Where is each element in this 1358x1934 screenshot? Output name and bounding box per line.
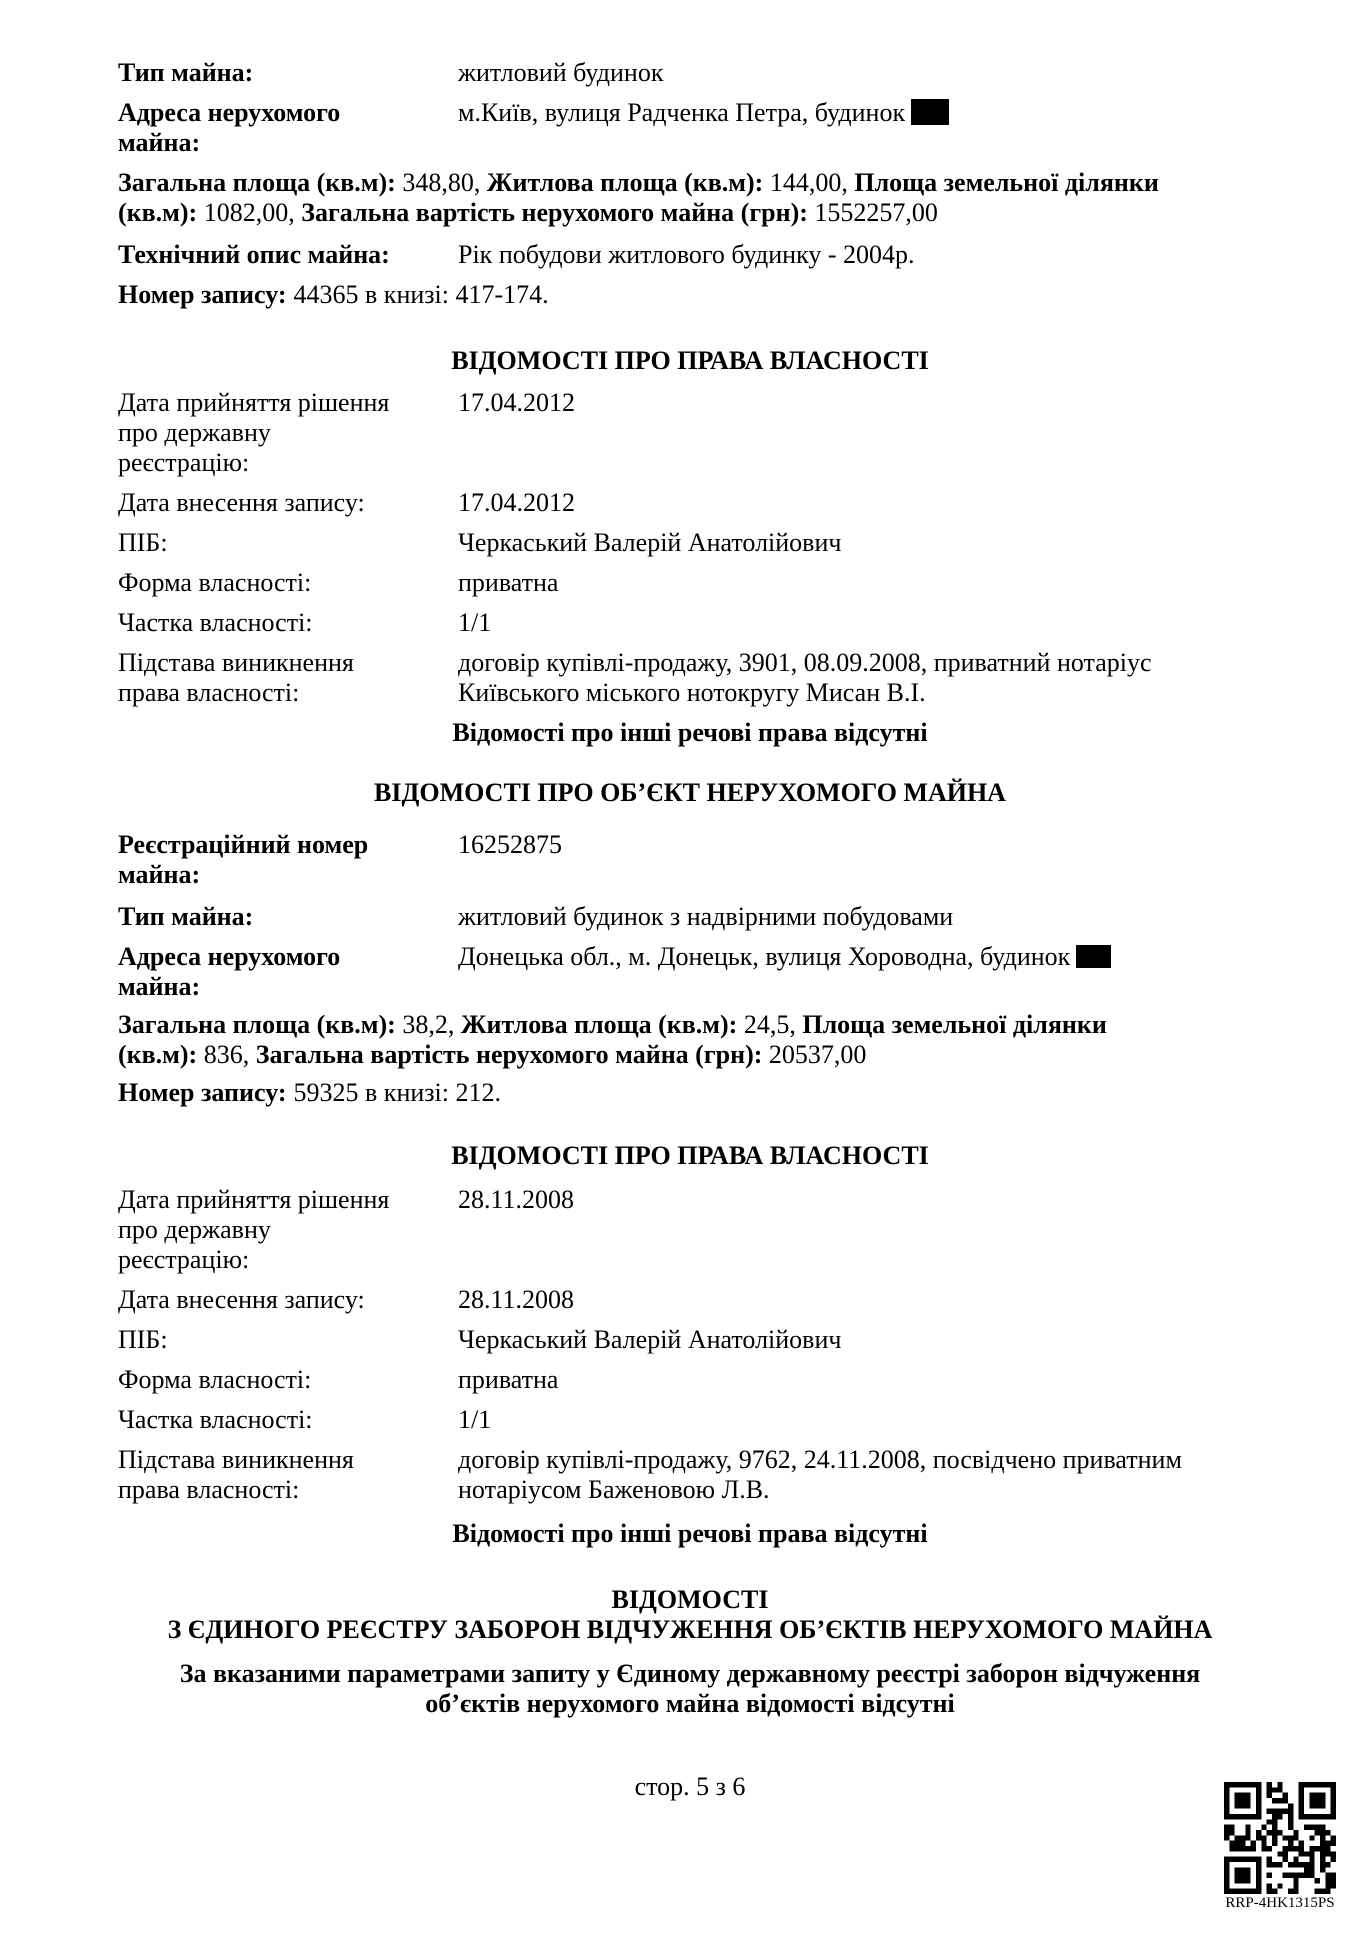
address-text-1: м.Київ, вулиця Радченка Петра, будинок: [458, 98, 905, 127]
qr-label: RRP-4HK1315PS: [1212, 1894, 1348, 1912]
field-value-share-2: 1/1: [458, 1405, 1262, 1435]
field-label-form-2: Форма власності:: [118, 1365, 418, 1395]
area-field-label: Загальна площа (кв.м):: [118, 1010, 396, 1039]
field-label-share-1: Частка власності:: [118, 608, 418, 638]
area-field-label: Житлова площа (кв.м):: [461, 1010, 738, 1039]
field-value-address-1: м.Київ, вулиця Радченка Петра, будинок: [458, 98, 1262, 158]
field-label-basis-2: Підстава виникнення права власності:: [118, 1445, 418, 1505]
field-label-name-2: ПІБ:: [118, 1325, 418, 1355]
field-value-type-2: житловий будинок з надвірними побудовами: [458, 902, 1262, 932]
page-number: стор. 5 з 6: [118, 1772, 1262, 1802]
heading-rights-1: ВІДОМОСТІ ПРО ПРАВА ВЛАСНОСТІ: [118, 346, 1262, 376]
field-value-form-1: приватна: [458, 568, 1262, 598]
area-field-value: 20537,00: [762, 1040, 866, 1069]
record-number-1: Номер запису:44365 в книзі: 417-174.: [118, 280, 1262, 310]
field-label-decision-date-2: Дата прийняття рішення про державну реєс…: [118, 1185, 418, 1275]
field-value-decision-date-1: 17.04.2012: [458, 388, 1262, 478]
field-label-entry-date-2: Дата внесення запису:: [118, 1285, 418, 1315]
field-label-tech-1: Технічний опис майна:: [118, 240, 418, 270]
field-value-address-2: Донецька обл., м. Донецьк, вулиця Хорово…: [458, 942, 1262, 1002]
record-value-1: 44365 в книзі: 417-174.: [294, 280, 549, 309]
field-row-tech-1: Технічний опис майна: Рік побудови житло…: [118, 240, 1262, 270]
field-row-entry-date-1: Дата внесення запису: 17.04.2012: [118, 488, 1262, 518]
redaction-box-1: [911, 99, 949, 125]
field-label-basis-1: Підстава виникнення права власності:: [118, 648, 418, 708]
qr-code: [1224, 1782, 1336, 1894]
field-row-share-2: Частка власності: 1/1: [118, 1405, 1262, 1435]
heading-prohibitions: ВІДОМОСТІ З ЄДИНОГО РЕЄСТРУ ЗАБОРОН ВІДЧ…: [118, 1585, 1262, 1645]
field-label-regnumber-2: Реєстраційний номер майна:: [118, 830, 418, 890]
field-value-entry-date-2: 28.11.2008: [458, 1285, 1262, 1315]
field-row-regnumber-2: Реєстраційний номер майна: 16252875: [118, 830, 1262, 890]
record-number-2: Номер запису:59325 в книзі: 212.: [118, 1078, 1262, 1108]
heading-rights-2: ВІДОМОСТІ ПРО ПРАВА ВЛАСНОСТІ: [118, 1141, 1262, 1171]
field-value-decision-date-2: 28.11.2008: [458, 1185, 1262, 1275]
address-text-2: Донецька обл., м. Донецьк, вулиця Хорово…: [458, 942, 1070, 971]
area-field-value: 24,5,: [737, 1010, 802, 1039]
field-value-regnumber-2: 16252875: [458, 830, 1262, 890]
field-label-type-1: Тип майна:: [118, 58, 418, 88]
field-label-name-1: ПІБ:: [118, 528, 418, 558]
document-page: Тип майна: житловий будинок Адреса нерух…: [0, 0, 1358, 1934]
field-row-type-2: Тип майна: житловий будинок з надвірними…: [118, 902, 1262, 932]
area-field-value: 144,00,: [763, 168, 854, 197]
heading-prohibitions-line1: ВІДОМОСТІ: [118, 1585, 1262, 1615]
heading-prohibitions-line2: З ЄДИНОГО РЕЄСТРУ ЗАБОРОН ВІДЧУЖЕННЯ ОБ’…: [118, 1615, 1262, 1645]
area-field-value: 1552257,00: [808, 198, 938, 227]
prohibitions-result-text: За вказаними параметрами запиту у Єдином…: [118, 1659, 1262, 1719]
area-field-label: Житлова площа (кв.м):: [487, 168, 764, 197]
record-value-2: 59325 в книзі: 212.: [294, 1078, 501, 1107]
record-label-1: Номер запису:: [118, 280, 287, 309]
field-row-address-1: Адреса нерухомого майна: м.Київ, вулиця …: [118, 98, 1262, 158]
field-value-type-1: житловий будинок: [458, 58, 1262, 88]
area-field-value: 1082,00,: [197, 198, 301, 227]
no-other-rights-1: Відомості про інші речові права відсутні: [118, 718, 1262, 748]
heading-object-2: ВІДОМОСТІ ПРО ОБ’ЄКТ НЕРУХОМОГО МАЙНА: [118, 778, 1262, 808]
field-row-type-1: Тип майна: житловий будинок: [118, 58, 1262, 88]
field-row-decision-date-2: Дата прийняття рішення про державну реєс…: [118, 1185, 1262, 1275]
field-row-form-2: Форма власності: приватна: [118, 1365, 1262, 1395]
field-row-basis-1: Підстава виникнення права власності: дог…: [118, 648, 1262, 708]
field-row-name-1: ПІБ: Черкаський Валерій Анатолійович: [118, 528, 1262, 558]
area-field-value: 348,80,: [396, 168, 487, 197]
field-label-share-2: Частка власності:: [118, 1405, 418, 1435]
area-summary-2: Загальна площа (кв.м): 38,2, Житлова пло…: [118, 1010, 1262, 1070]
area-field-label: Загальна площа (кв.м):: [118, 168, 396, 197]
area-field-value: 836,: [197, 1040, 256, 1069]
field-value-form-2: приватна: [458, 1365, 1262, 1395]
field-row-name-2: ПІБ: Черкаський Валерій Анатолійович: [118, 1325, 1262, 1355]
field-label-form-1: Форма власності:: [118, 568, 418, 598]
field-value-entry-date-1: 17.04.2012: [458, 488, 1262, 518]
field-row-share-1: Частка власності: 1/1: [118, 608, 1262, 638]
field-label-decision-date-1: Дата прийняття рішення про державну реєс…: [118, 388, 418, 478]
record-label-2: Номер запису:: [118, 1078, 287, 1107]
area-summary-1: Загальна площа (кв.м): 348,80, Житлова п…: [118, 168, 1262, 228]
redaction-box-2: [1076, 945, 1111, 968]
field-row-entry-date-2: Дата внесення запису: 28.11.2008: [118, 1285, 1262, 1315]
field-row-address-2: Адреса нерухомого майна: Донецька обл., …: [118, 942, 1262, 1002]
field-value-share-1: 1/1: [458, 608, 1262, 638]
field-label-entry-date-1: Дата внесення запису:: [118, 488, 418, 518]
area-field-value: 38,2,: [396, 1010, 461, 1039]
field-value-tech-1: Рік побудови житлового будинку - 2004р.: [458, 240, 1262, 270]
field-row-basis-2: Підстава виникнення права власності: дог…: [118, 1445, 1262, 1505]
field-row-form-1: Форма власності: приватна: [118, 568, 1262, 598]
area-field-label: Загальна вартість нерухомого майна (грн)…: [256, 1040, 763, 1069]
area-field-label: Загальна вартість нерухомого майна (грн)…: [301, 198, 808, 227]
field-label-address-2: Адреса нерухомого майна:: [118, 942, 418, 1002]
field-value-basis-2: договір купівлі-продажу, 9762, 24.11.200…: [458, 1445, 1262, 1505]
no-other-rights-2: Відомості про інші речові права відсутні: [118, 1519, 1262, 1549]
field-row-decision-date-1: Дата прийняття рішення про державну реєс…: [118, 388, 1262, 478]
field-label-type-2: Тип майна:: [118, 902, 418, 932]
document-content: Тип майна: житловий будинок Адреса нерух…: [0, 0, 1358, 1719]
field-value-name-1: Черкаський Валерій Анатолійович: [458, 528, 1262, 558]
field-value-basis-1: договір купівлі-продажу, 3901, 08.09.200…: [458, 648, 1262, 708]
field-label-address-1: Адреса нерухомого майна:: [118, 98, 418, 158]
field-value-name-2: Черкаський Валерій Анатолійович: [458, 1325, 1262, 1355]
